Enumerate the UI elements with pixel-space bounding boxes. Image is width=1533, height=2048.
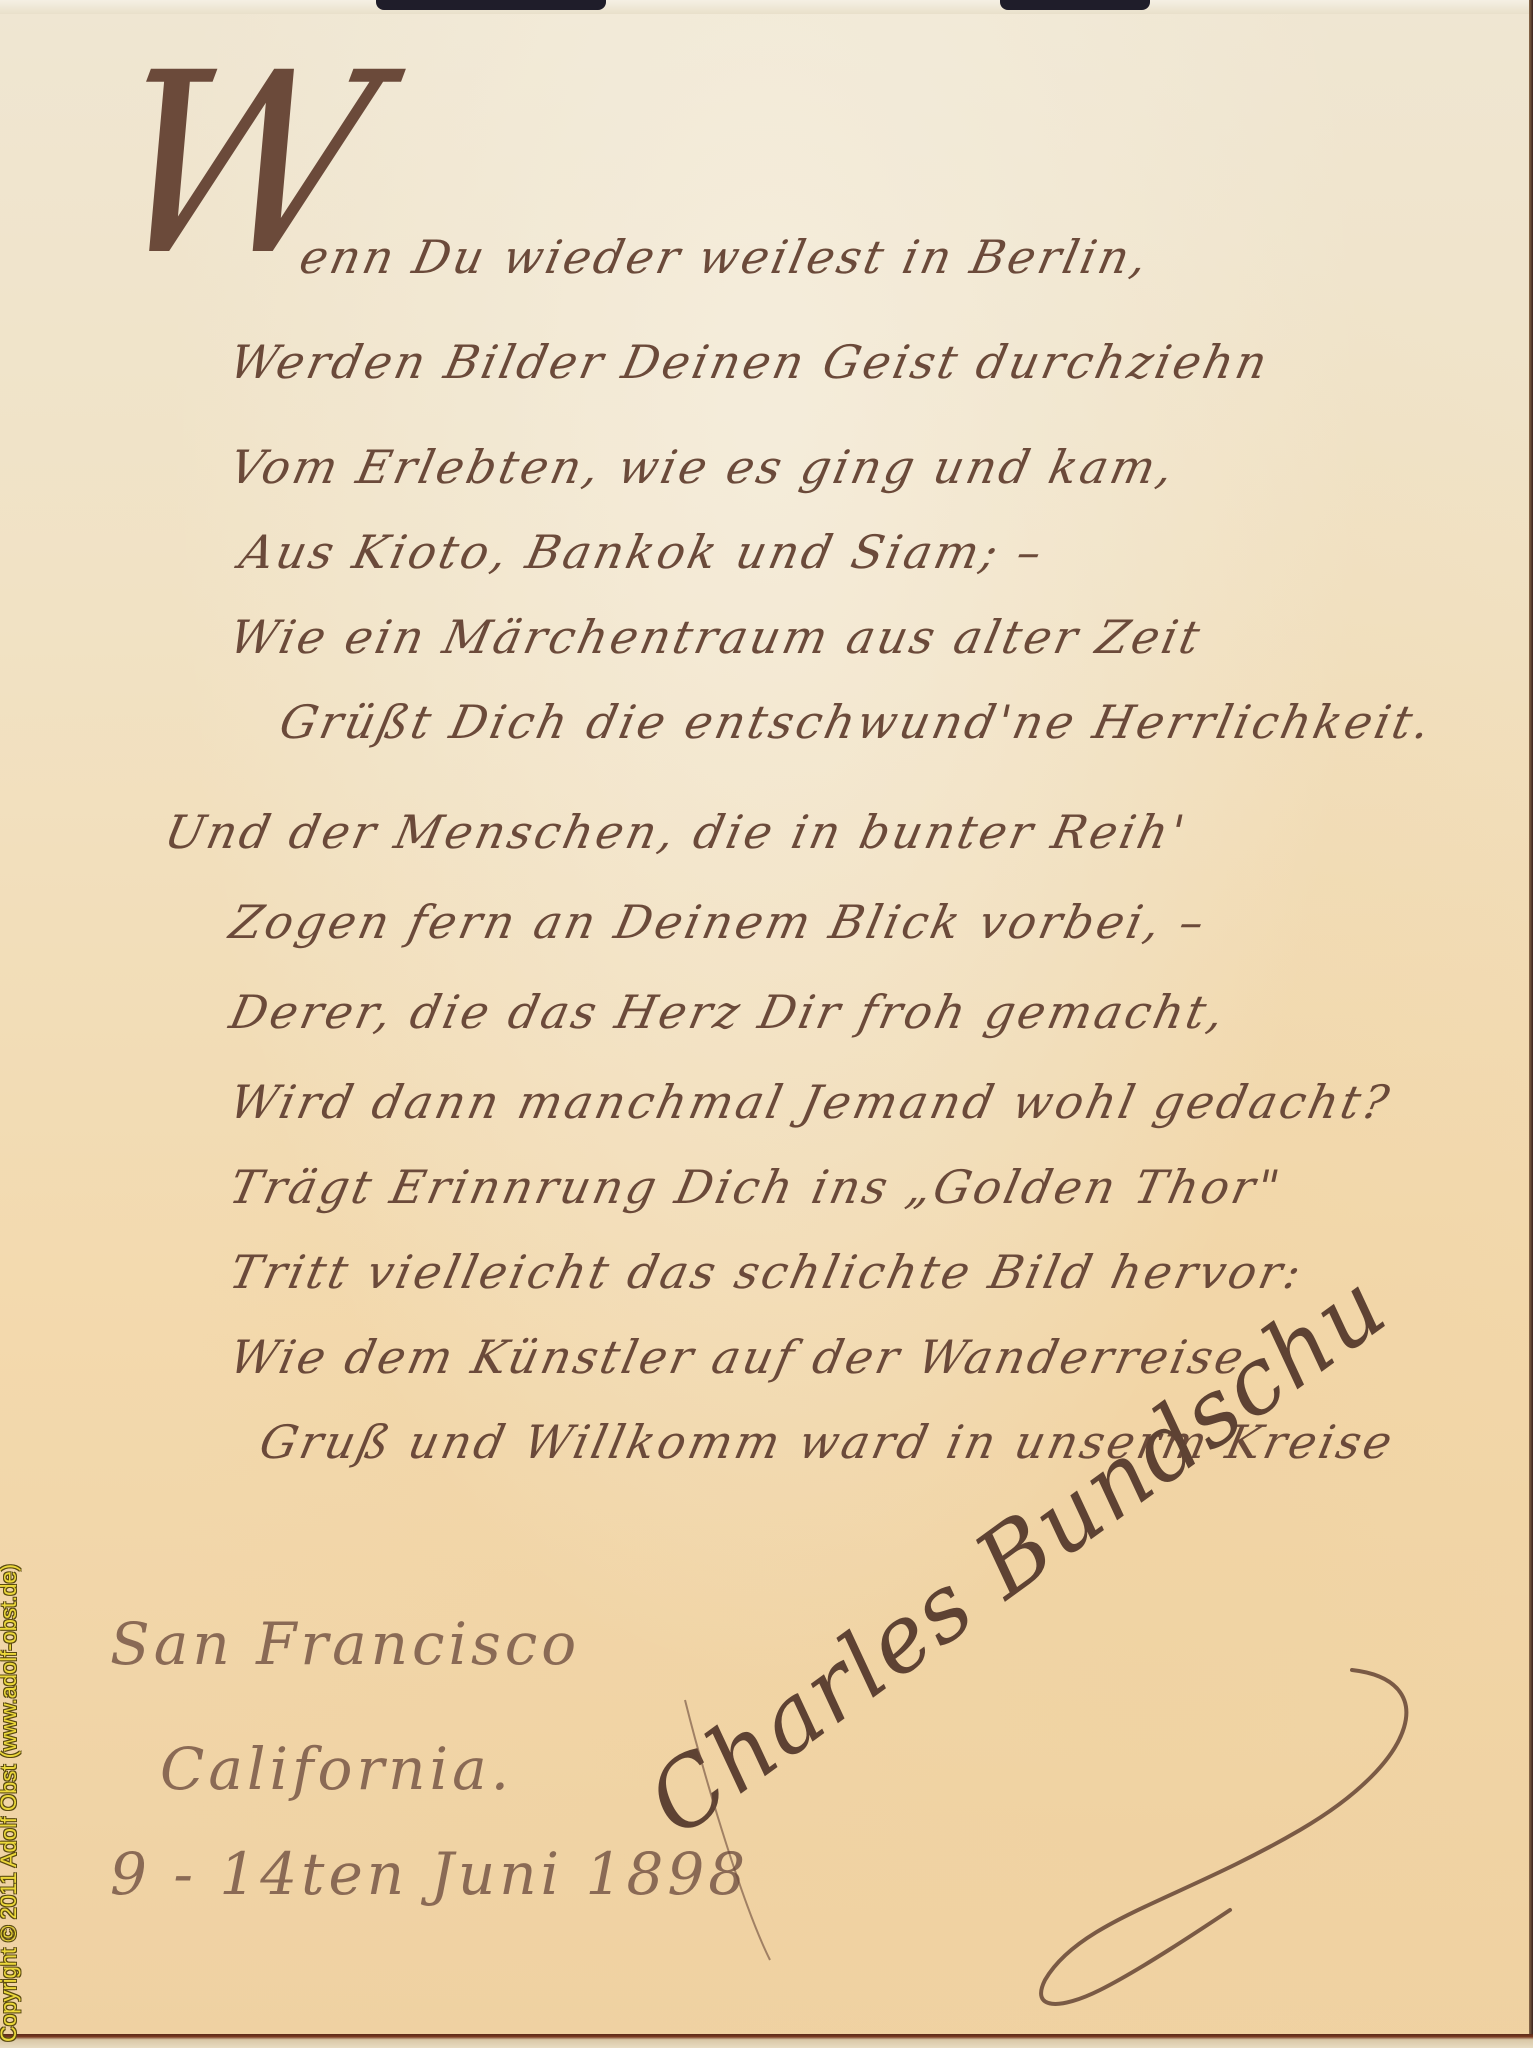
poem-line-8: Zogen fern an Deinem Blick vorbei, –: [225, 895, 1212, 949]
page-right-edge: [1529, 0, 1533, 2048]
poem-line-10: Wird dann manchmal Jemand wohl gedacht?: [225, 1075, 1396, 1129]
page-bottom-edge: [0, 2034, 1533, 2048]
poem-line-6: Grüßt Dich die entschwund'ne Herrlichkei…: [275, 695, 1438, 749]
binding-tab-right: [1000, 0, 1150, 10]
place-state: California.: [160, 1735, 513, 1803]
place-city: San Francisco: [110, 1610, 580, 1678]
poem-line-2: Werden Bilder Deinen Geist durchziehn: [225, 335, 1275, 389]
poem-line-12: Tritt vielleicht das schlichte Bild herv…: [225, 1245, 1309, 1299]
poem-line-4: Aus Kioto, Bankok und Siam; –: [235, 525, 1049, 579]
copyright-watermark: Copyright © 2011 Adolf Obst (www.adolf-o…: [0, 1564, 22, 2042]
poem-line-7: Und der Menschen, die in bunter Reih': [160, 805, 1192, 859]
album-page: W enn Du wieder weilest in Berlin, Werde…: [0, 0, 1533, 2048]
date-line: 9 - 14ten Juni 1898: [110, 1840, 749, 1908]
poem-line-3: Vom Erlebten, wie es ging und kam,: [225, 440, 1181, 494]
page-top-edge: [0, 0, 1533, 14]
poem-line-11: Trägt Erinnrung Dich ins „Golden Thor": [225, 1160, 1287, 1214]
poem-line-5: Wie ein Märchentraum aus alter Zeit: [225, 610, 1207, 664]
poem-line-1: enn Du wieder weilest in Berlin,: [295, 230, 1155, 284]
binding-tab-left: [376, 0, 606, 10]
poem-line-13: Wie dem Künstler auf der Wanderreise: [225, 1330, 1251, 1384]
poem-line-9: Derer, die das Herz Dir froh gemacht,: [225, 985, 1232, 1039]
